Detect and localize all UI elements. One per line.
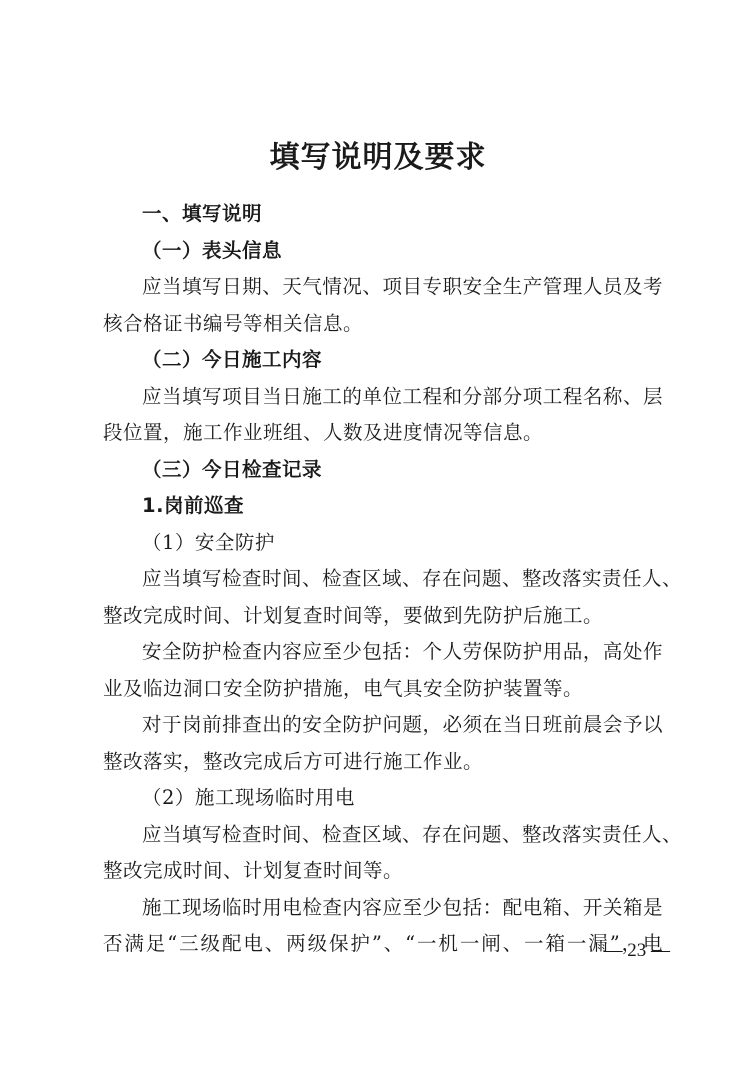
paragraph-line: 整改落实，整改完成后方可进行施工作业。 <box>103 744 663 781</box>
page-number: — 23 — <box>580 940 670 962</box>
section-heading-fill-instructions: 一、填写说明 <box>103 196 663 233</box>
sub-item-heading-safety-protection: （1）安全防护 <box>103 525 663 562</box>
paragraph-line: 核合格证书编号等相关信息。 <box>103 306 663 343</box>
paragraph-line: 施工现场临时用电检查内容应至少包括：配电箱、开关箱是 <box>103 890 663 927</box>
paragraph-line: 否满足“三级配电、两级保护”、“一机一闸、一箱一漏”，电 <box>103 926 663 963</box>
paragraph-line: 应当填写检查时间、检查区域、存在问题、整改落实责任人、 <box>103 817 663 854</box>
item-heading-pre-shift-patrol: 1.岗前巡查 <box>103 488 663 525</box>
page-title: 填写说明及要求 <box>0 132 756 176</box>
subsection-heading-today-construction: （二）今日施工内容 <box>103 342 663 379</box>
paragraph-line: 应当填写检查时间、检查区域、存在问题、整改落实责任人、 <box>103 561 663 598</box>
paragraph-line: 应当填写日期、天气情况、项目专职安全生产管理人员及考 <box>103 269 663 306</box>
subsection-heading-header-info: （一）表头信息 <box>103 233 663 270</box>
paragraph-line: 段位置，施工作业班组、人数及进度情况等信息。 <box>103 415 663 452</box>
subsection-heading-today-inspection: （三）今日检查记录 <box>103 452 663 489</box>
paragraph-line: 整改完成时间、计划复查时间等，要做到先防护后施工。 <box>103 598 663 635</box>
paragraph-line: 应当填写项目当日施工的单位工程和分部分项工程名称、层 <box>103 379 663 416</box>
paragraph-line: 安全防护检查内容应至少包括：个人劳保防护用品，高处作 <box>103 634 663 671</box>
paragraph-line: 业及临边洞口安全防护措施，电气具安全防护装置等。 <box>103 671 663 708</box>
document-body: 一、填写说明 （一）表头信息 应当填写日期、天气情况、项目专职安全生产管理人员及… <box>103 196 663 963</box>
sub-item-heading-temporary-electricity: （2）施工现场临时用电 <box>103 780 663 817</box>
paragraph-line: 对于岗前排查出的安全防护问题，必须在当日班前晨会予以 <box>103 707 663 744</box>
paragraph-line: 整改完成时间、计划复查时间等。 <box>103 853 663 890</box>
document-page: 填写说明及要求 一、填写说明 （一）表头信息 应当填写日期、天气情况、项目专职安… <box>0 0 756 1068</box>
